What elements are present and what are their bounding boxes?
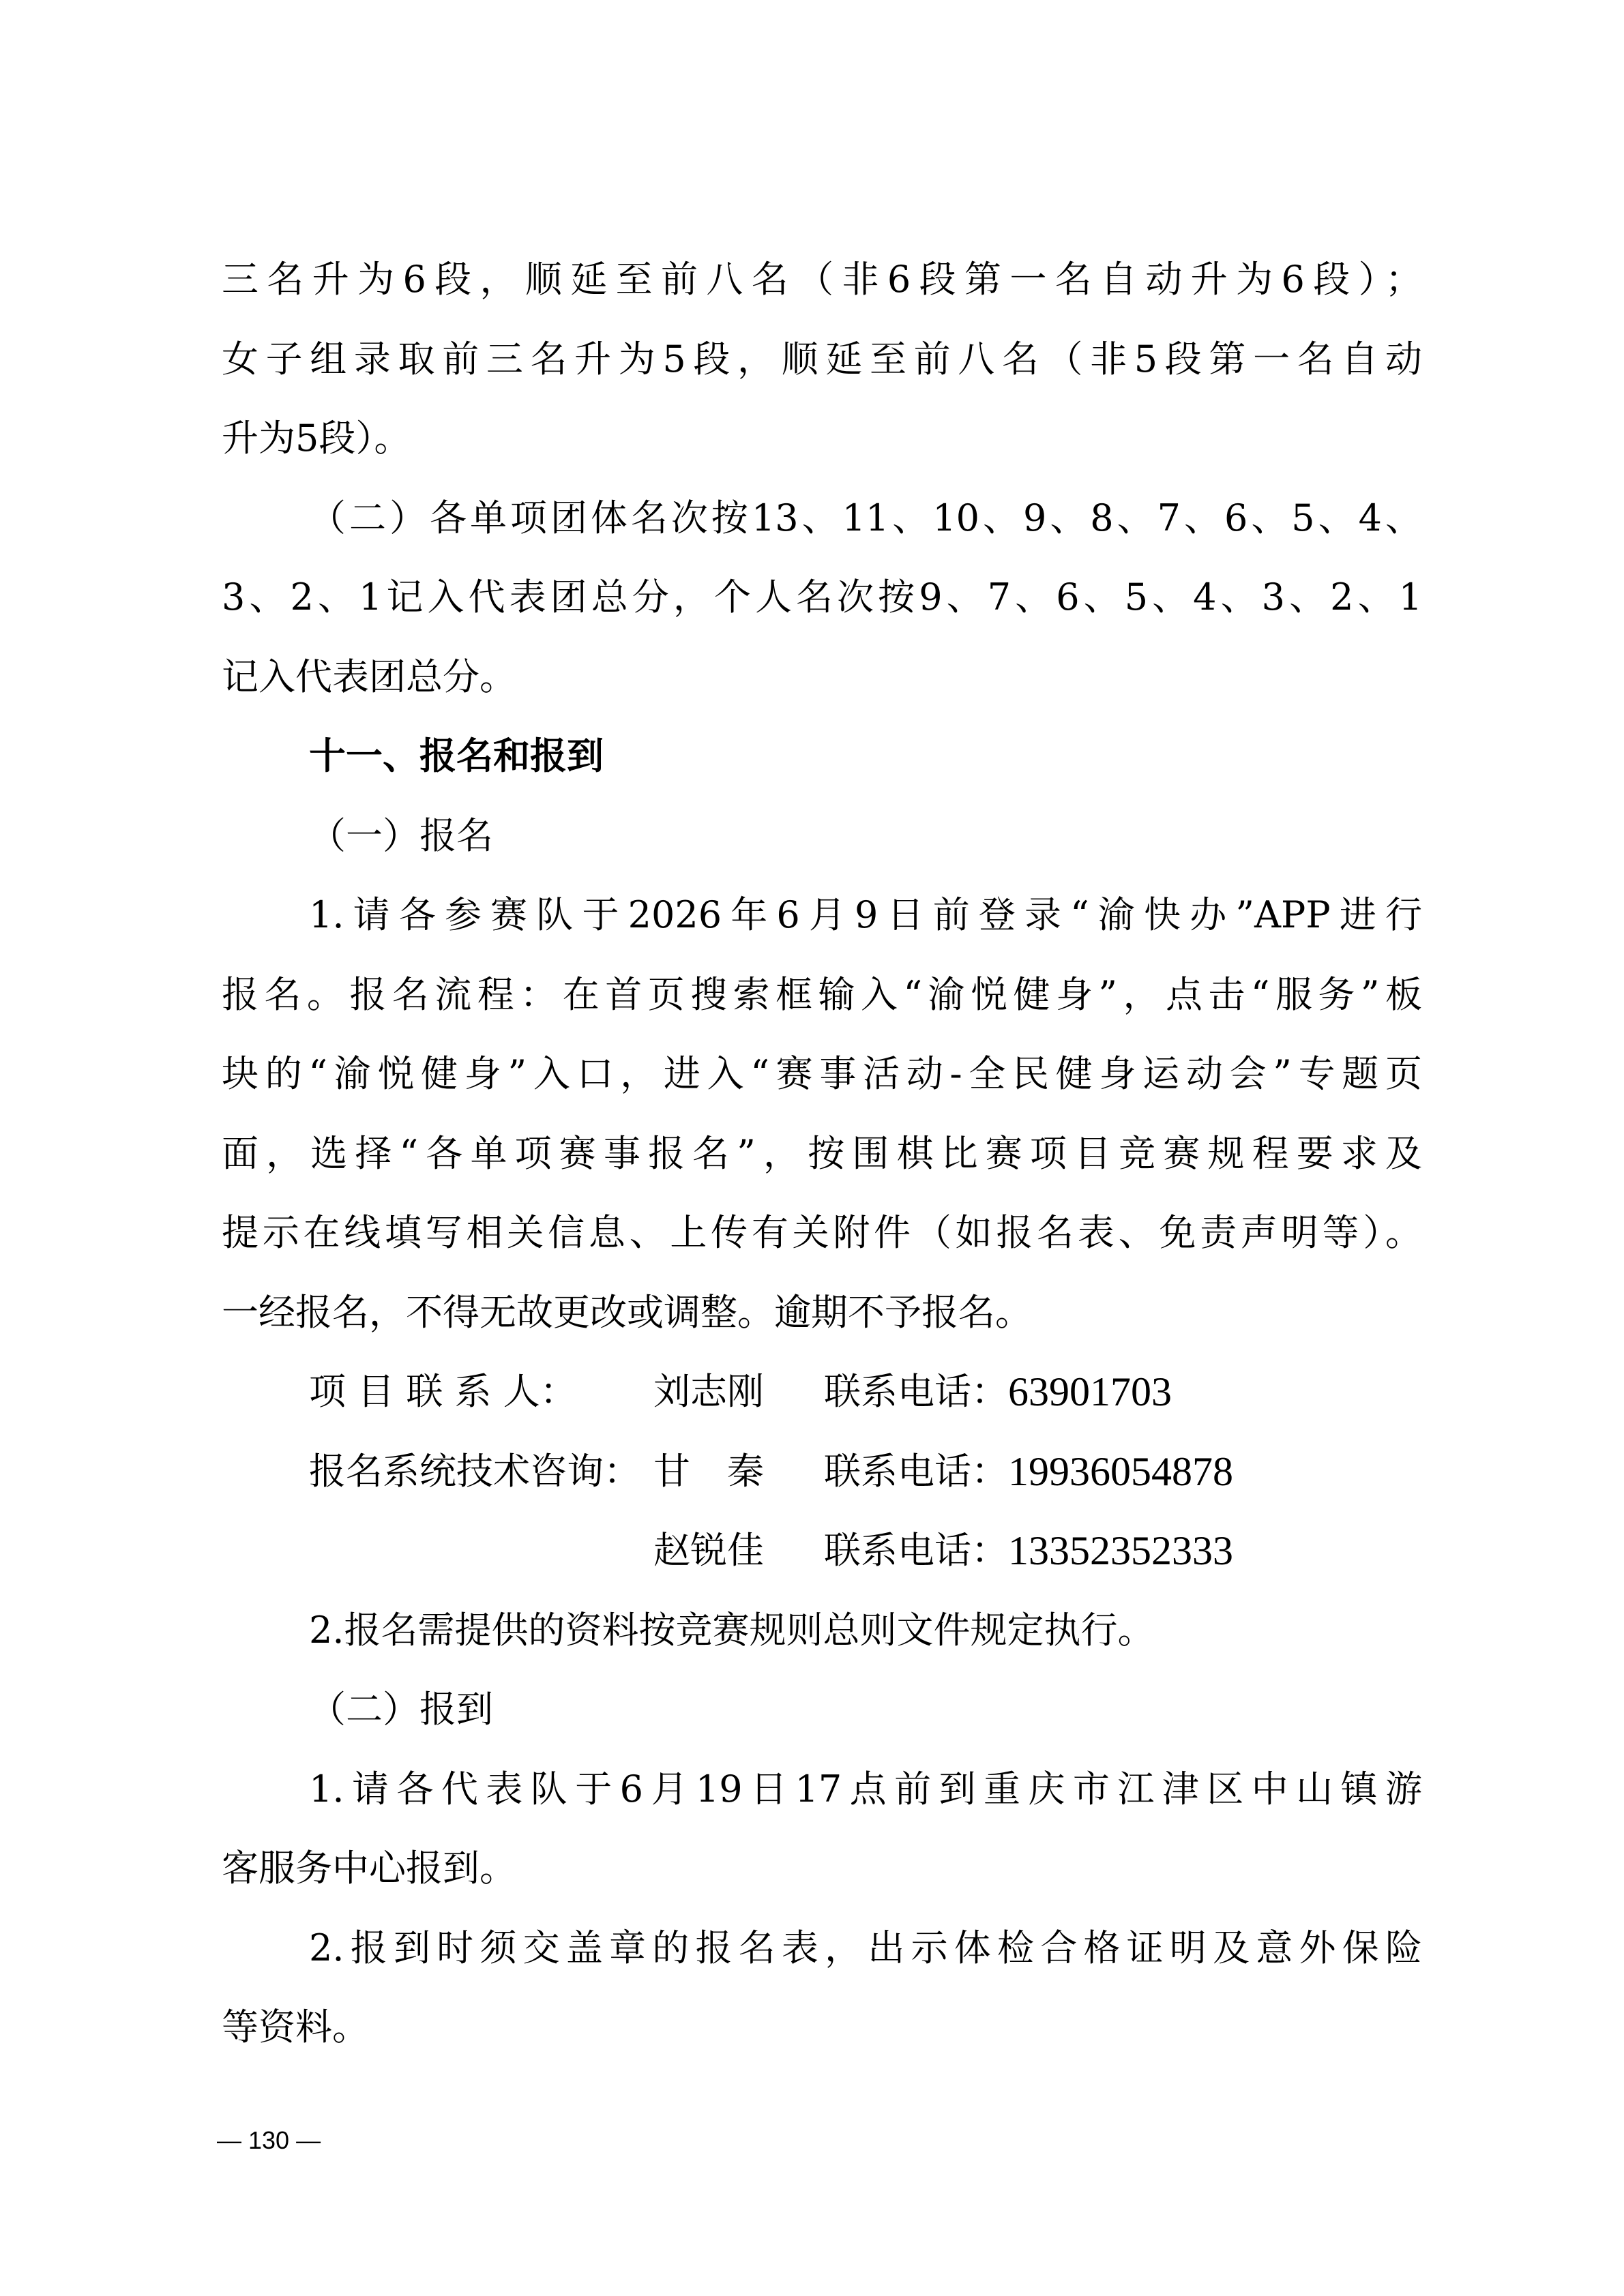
paragraph-line: 3、2、1记入代表团总分，个人名次按9、7、6、5、4、3、2、1 xyxy=(222,558,1422,638)
page-number: — 130 — xyxy=(217,2126,321,2155)
paragraph-line: 1.请各参赛队于2026年6月9日前登录“渝快办”APP进行 xyxy=(222,876,1422,955)
contact-label: 项 目 联 系 人： xyxy=(309,1352,653,1432)
paragraph-line: 报名。报名流程：在首页搜索框输入“渝悦健身”，点击“服务”板 xyxy=(222,955,1422,1035)
phone-number: 13352352333 xyxy=(1008,1511,1233,1591)
contact-name: 甘 秦 xyxy=(653,1432,824,1512)
section-heading: 十一、报名和报到 xyxy=(222,717,1422,796)
paragraph-line: 等资料。 xyxy=(222,1988,1422,2068)
paragraph-line: 一经报名，不得无故更改或调整。逾期不予报名。 xyxy=(222,1273,1422,1353)
phone-number: 63901703 xyxy=(1008,1352,1172,1432)
phone-label: 联系电话： xyxy=(824,1432,1008,1512)
paragraph-line: 块的“渝悦健身”入口，进入“赛事活动-全民健身运动会”专题页 xyxy=(222,1034,1422,1114)
contact-label: 报名系统技术咨询： xyxy=(309,1432,653,1512)
paragraph-line: 1.请各代表队于6月19日17点前到重庆市江津区中山镇游 xyxy=(222,1750,1422,1830)
phone-label: 联系电话： xyxy=(824,1352,1008,1432)
contact-row: 报名系统技术咨询： 甘 秦 联系电话： 19936054878 xyxy=(222,1432,1422,1512)
contact-name: 刘志刚 xyxy=(653,1352,824,1432)
contact-label xyxy=(309,1511,653,1591)
phone-number: 19936054878 xyxy=(1008,1432,1233,1512)
paragraph-line: 三名升为6段，顺延至前八名（非6段第一名自动升为6段）； xyxy=(222,240,1422,320)
paragraph-line: 面，选择“各单项赛事报名”，按围棋比赛项目竞赛规程要求及 xyxy=(222,1114,1422,1194)
contact-row: 项 目 联 系 人： 刘志刚 联系电话： 63901703 xyxy=(222,1352,1422,1432)
paragraph-line: （二）各单项团体名次按13、11、10、9、8、7、6、5、4、 xyxy=(222,479,1422,558)
paragraph-line: 记入代表团总分。 xyxy=(222,638,1422,717)
contact-name: 赵锐佳 xyxy=(653,1511,824,1591)
phone-label: 联系电话： xyxy=(824,1511,1008,1591)
paragraph-line: 提示在线填写相关信息、上传有关附件（如报名表、免责声明等）。 xyxy=(222,1193,1422,1273)
document-body: 三名升为6段，顺延至前八名（非6段第一名自动升为6段）； 女子组录取前三名升为5… xyxy=(222,240,1422,2068)
subsection-heading: （一）报名 xyxy=(222,796,1422,876)
paragraph-line: 客服务中心报到。 xyxy=(222,1829,1422,1909)
subsection-heading: （二）报到 xyxy=(222,1670,1422,1750)
paragraph-line: 升为5段）。 xyxy=(222,399,1422,479)
paragraph-line: 女子组录取前三名升为5段，顺延至前八名（非5段第一名自动 xyxy=(222,320,1422,400)
contact-row: 赵锐佳 联系电话： 13352352333 xyxy=(222,1511,1422,1591)
paragraph-line: 2.报名需提供的资料按竞赛规则总则文件规定执行。 xyxy=(222,1591,1422,1671)
paragraph-line: 2.报到时须交盖章的报名表，出示体检合格证明及意外保险 xyxy=(222,1909,1422,1988)
